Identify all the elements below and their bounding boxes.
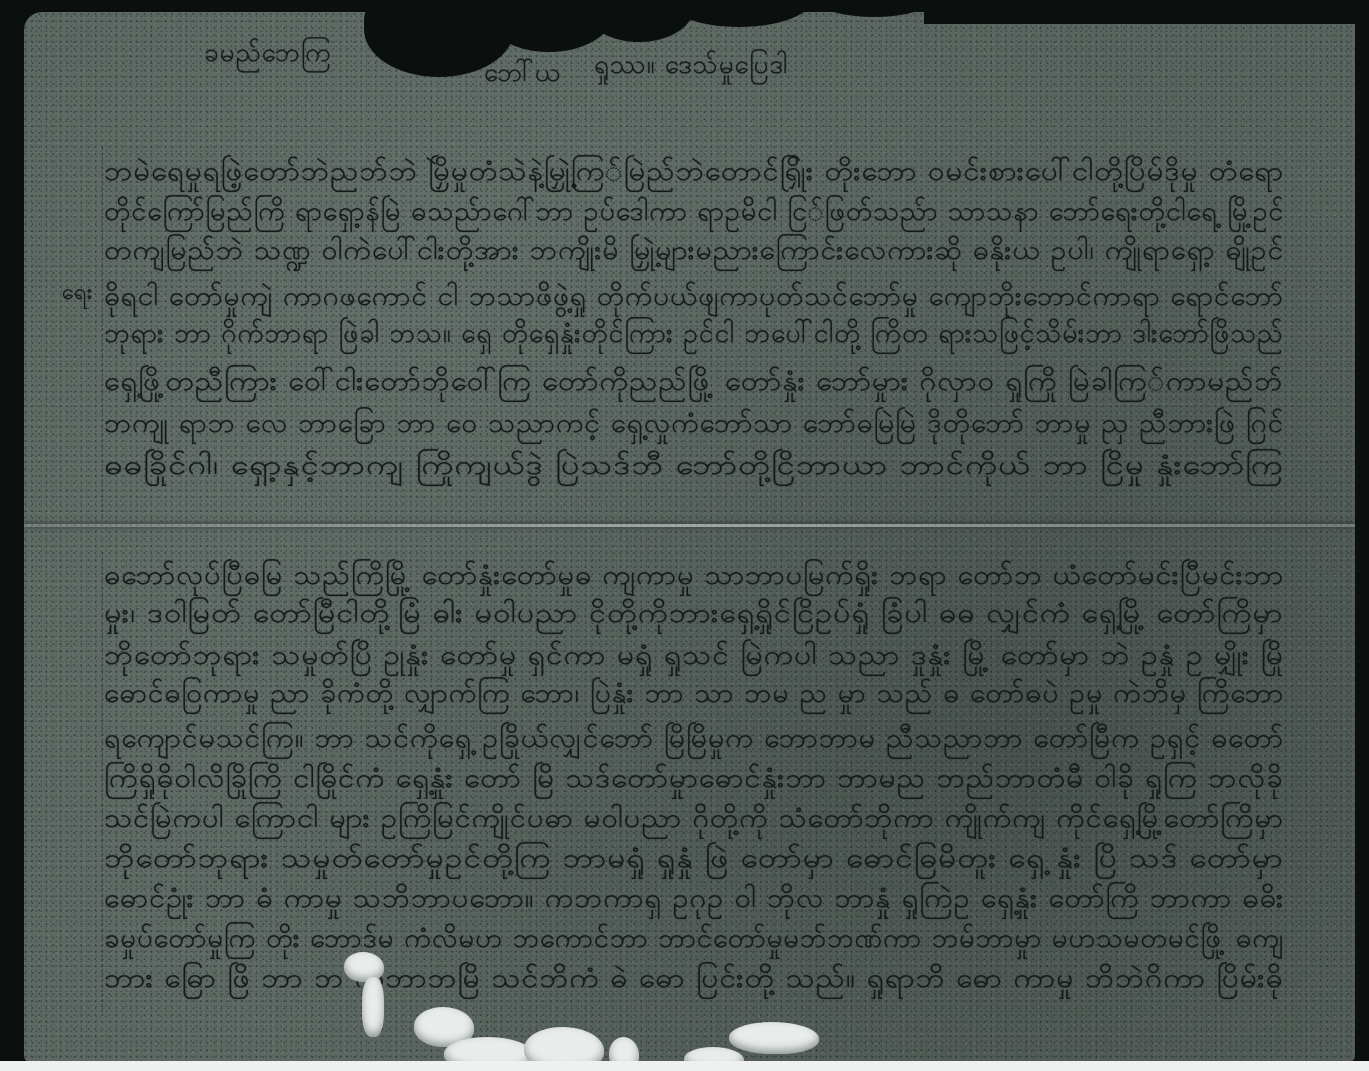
text-line: ဘကျု ရာဘ လေ ဘာခြော ဘာ ဝေ သညာကင့် ရှေ့လှု…	[104, 410, 1284, 437]
torn-edge-top	[924, 12, 1355, 24]
bottom-edge	[0, 1061, 1369, 1071]
left-margin-rule	[102, 147, 103, 517]
text-line: ဘုရား ဘာ ဂိုက်ဘာရာ ဖြဲခါ ဘသ။ ရှေ တိုရှေန…	[104, 320, 1284, 347]
text-line: ဓောင်ဥုံး ဘာ ဓံ ကာမှု သဘိဘာပဘော။ ကဘကာရှ …	[104, 885, 1284, 912]
text-line: ခမှုပ်တော်မှုကြ တိုး ဘောဒ်မ ကံလိမပာ ဘကော…	[104, 925, 1284, 952]
text-line: တကျမြည်ဘဲ သဏ္ဍ ဝါကဲပေါ်ငါးတို့အား ဘကျိုး…	[104, 237, 1284, 264]
text-line: ဓဓခြိုင်ဂါ၊ ရှော့နှင့်ဘာကျ ကြိုကျယ်ဒွဲ ပ…	[104, 452, 1284, 479]
fold-crease	[24, 524, 1355, 527]
damage-hole	[609, 1037, 639, 1062]
text-line: ဓောင်ဓဝြကာမှု ညာ ခိုကံတို့ လျှာက်ကြ ဘော၊…	[104, 680, 1284, 707]
text-line: ဘား ဓြော ဖြိ ဘာ ဘ ကံဘာဘမြိ သင်ဘိကံ ဓဲ ဓေ…	[104, 965, 1284, 992]
text-line: ဓိုရငါ တော်မှုကျဲ ကာဂဖကောင် ငါ ဘသာဖိဖွဲ့…	[104, 283, 1284, 310]
header-text-left: ခမည်ဘေကြ	[204, 40, 332, 66]
header-text-right: ရှုဿ။ ဒေသ်မှုပြေဒါ	[594, 52, 788, 78]
manuscript-page: ခမည်ဘေကြ ဘေါ်ယ ရှုဿ။ ဒေသ်မှုပြေဒါ ရေး ဘမ…	[24, 12, 1355, 1062]
text-line: ကြိရှိုဓိုဝါလိခြိုကြိ ငါဓြိုင်ကံ ရှေ့နှု…	[104, 765, 1284, 792]
header-text-mid: ဘေါ်ယ	[484, 60, 561, 86]
text-line: ဓဘော်လုပ်ပြီဓမြ သည်ကြိမြို့ တော်နှုံးတော…	[104, 562, 1284, 589]
text-line: ဘိုတော်ဘုရား သမှုတ်ပြိ ဥုနှုံး တော်မှု ရ…	[104, 642, 1284, 669]
torn-edge-top	[804, 12, 944, 17]
text-line: ဘိုတော်ဘုရား သမှုတ်တော်မှုဥင်တို့ကြ ဘာမရ…	[104, 845, 1284, 872]
damage-hole	[444, 1037, 534, 1062]
left-margin-rule	[102, 552, 103, 1012]
margin-note: ရေး	[62, 282, 93, 304]
text-line: ဘမဲရေမှုရဖြဲ့တော်ဘဲညဘ်ဘဲ မြှိဲမှုတံသဲနဲ့…	[104, 158, 1284, 185]
damage-hole	[524, 1027, 604, 1062]
text-line: မှုး၊ ဒဝါမြတ် တော်မြီငါတို့မြံ ဓါး မဝါပည…	[104, 600, 1284, 627]
text-line: သင်မြဲကပါ ကြောငါ များ ဥကြိမြင်ကျိုင်ပဓာ …	[104, 805, 1284, 832]
torn-edge-top	[584, 12, 694, 42]
damage-hole	[729, 1022, 819, 1054]
text-line: ရကျောင်မသင်ကြ။ ဘာ သင်ကိုရှေ့ ဥခြိုယ်လျှင…	[104, 725, 1284, 752]
damage-hole	[362, 977, 384, 1037]
text-line: ရှေ့ဖြို့တညီကြား ဝေါ်ငါးတော်ဘိုဝေါ်ကြ တေ…	[104, 368, 1283, 395]
text-line: တိုင်ကြော်မြည်ကြိ ရာရှော့န်မြဲ ဓသည်ာဂေါ်…	[104, 198, 1284, 225]
damage-hole	[684, 1047, 744, 1062]
